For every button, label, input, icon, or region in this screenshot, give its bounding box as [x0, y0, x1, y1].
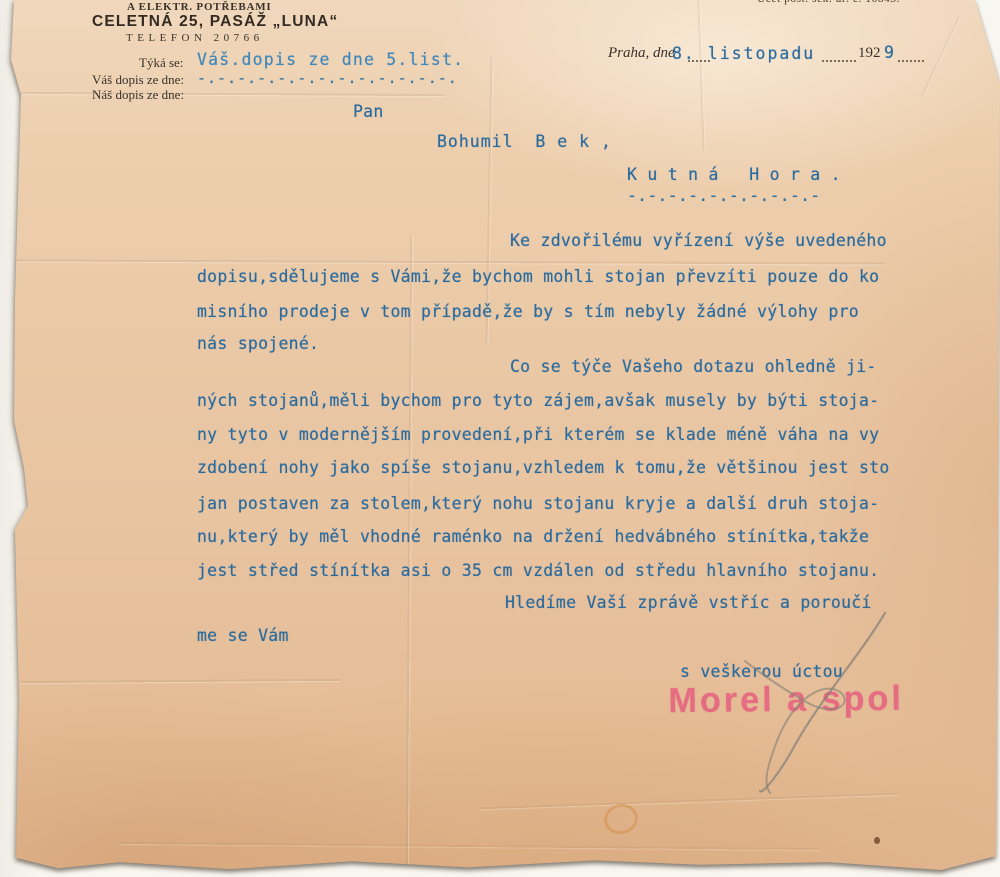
ink-speck: [874, 837, 880, 844]
body-line: zdobení nohy jako spíše stojanu,vzhledem…: [197, 458, 890, 478]
dateline-place: Praha, dne: [608, 45, 675, 62]
body-line: Co se týče Vašeho dotazu ohledně ji-: [510, 357, 877, 377]
dotted-leader: [898, 60, 924, 62]
paper-shadow-wrap: A ELEKTR. POTŘEBAMI CELETNÁ 25, PASÁŽ „L…: [0, 0, 1000, 877]
ref-subject-label: Týká se:: [139, 55, 183, 71]
company-stamp: Morel a spol: [668, 679, 904, 721]
body-line: ných stojanů,měli bychom pro tyto zájem,…: [197, 391, 879, 411]
fold-crease: [406, 235, 412, 875]
body-line: Ke zdvořilému vyřízení výše uvedeného: [510, 231, 887, 251]
letter-paper: A ELEKTR. POTŘEBAMI CELETNÁ 25, PASÁŽ „L…: [0, 0, 1000, 877]
crease-line: [120, 842, 820, 850]
letterhead-account-note: Účet pošt. šek. úř. č. 10845.: [757, 0, 900, 5]
crease-line: [15, 92, 445, 96]
body-line: nu,který by měl vhodné raménko na držení…: [197, 527, 869, 547]
crease-line: [20, 679, 340, 683]
body-line: Hledíme Vaší zprávě vstříc a poroučí: [505, 593, 872, 613]
body-line: jan postaven za stolem,který nohu stojan…: [197, 494, 879, 514]
dotted-leader: [822, 60, 856, 62]
ref-our-letter-label: Náš dopis ze dne:: [92, 87, 184, 103]
scanned-letter-document: A ELEKTR. POTŘEBAMI CELETNÁ 25, PASÁŽ „L…: [0, 0, 1000, 877]
letterhead-line1: A ELEKTR. POTŘEBAMI: [127, 1, 271, 13]
recipient-city: K u t n á H o r a .: [627, 165, 841, 185]
letterhead-telephone: TELEFON 20766: [126, 32, 264, 44]
fold-crease: [697, 0, 704, 150]
recipient-salutation: Pan: [353, 102, 384, 122]
dateline-year-printed: 192: [858, 45, 881, 62]
letterhead-address: CELETNÁ 25, PASÁŽ „LUNA“: [92, 13, 338, 31]
body-line: dopisu,sdělujeme s Vámi,že bychom mohli …: [197, 267, 879, 287]
body-line: ny tyto v modernějším provedení,při kter…: [197, 425, 879, 445]
ref-subject-value: Váš.dopis ze dne 5.list.: [197, 50, 464, 70]
fold-crease: [921, 14, 961, 96]
dateline-day-month: 8. listopadu: [672, 44, 815, 64]
crease-line: [15, 259, 885, 264]
ref-your-letter-label: Váš dopis ze dne:: [92, 72, 184, 88]
recipient-name: Bohumil B e k ,: [437, 132, 612, 152]
recipient-underline: -.-.-.-.-.-.-.-.-.-: [627, 186, 821, 206]
ref-your-letter-value: -.-.-.-.-.-.-.-.-.-.-.-.-.: [197, 68, 458, 88]
ring-stain: [601, 801, 640, 837]
body-line: misního prodeje v tom případě,že by s tí…: [197, 302, 859, 322]
body-line: nás spojené.: [197, 334, 319, 354]
dateline-year-typed: 9: [884, 43, 894, 63]
crease-line: [480, 793, 900, 810]
body-line: me se Vám: [197, 626, 289, 646]
body-line: jest střed stínítka asi o 35 cm vzdálen …: [197, 561, 879, 581]
